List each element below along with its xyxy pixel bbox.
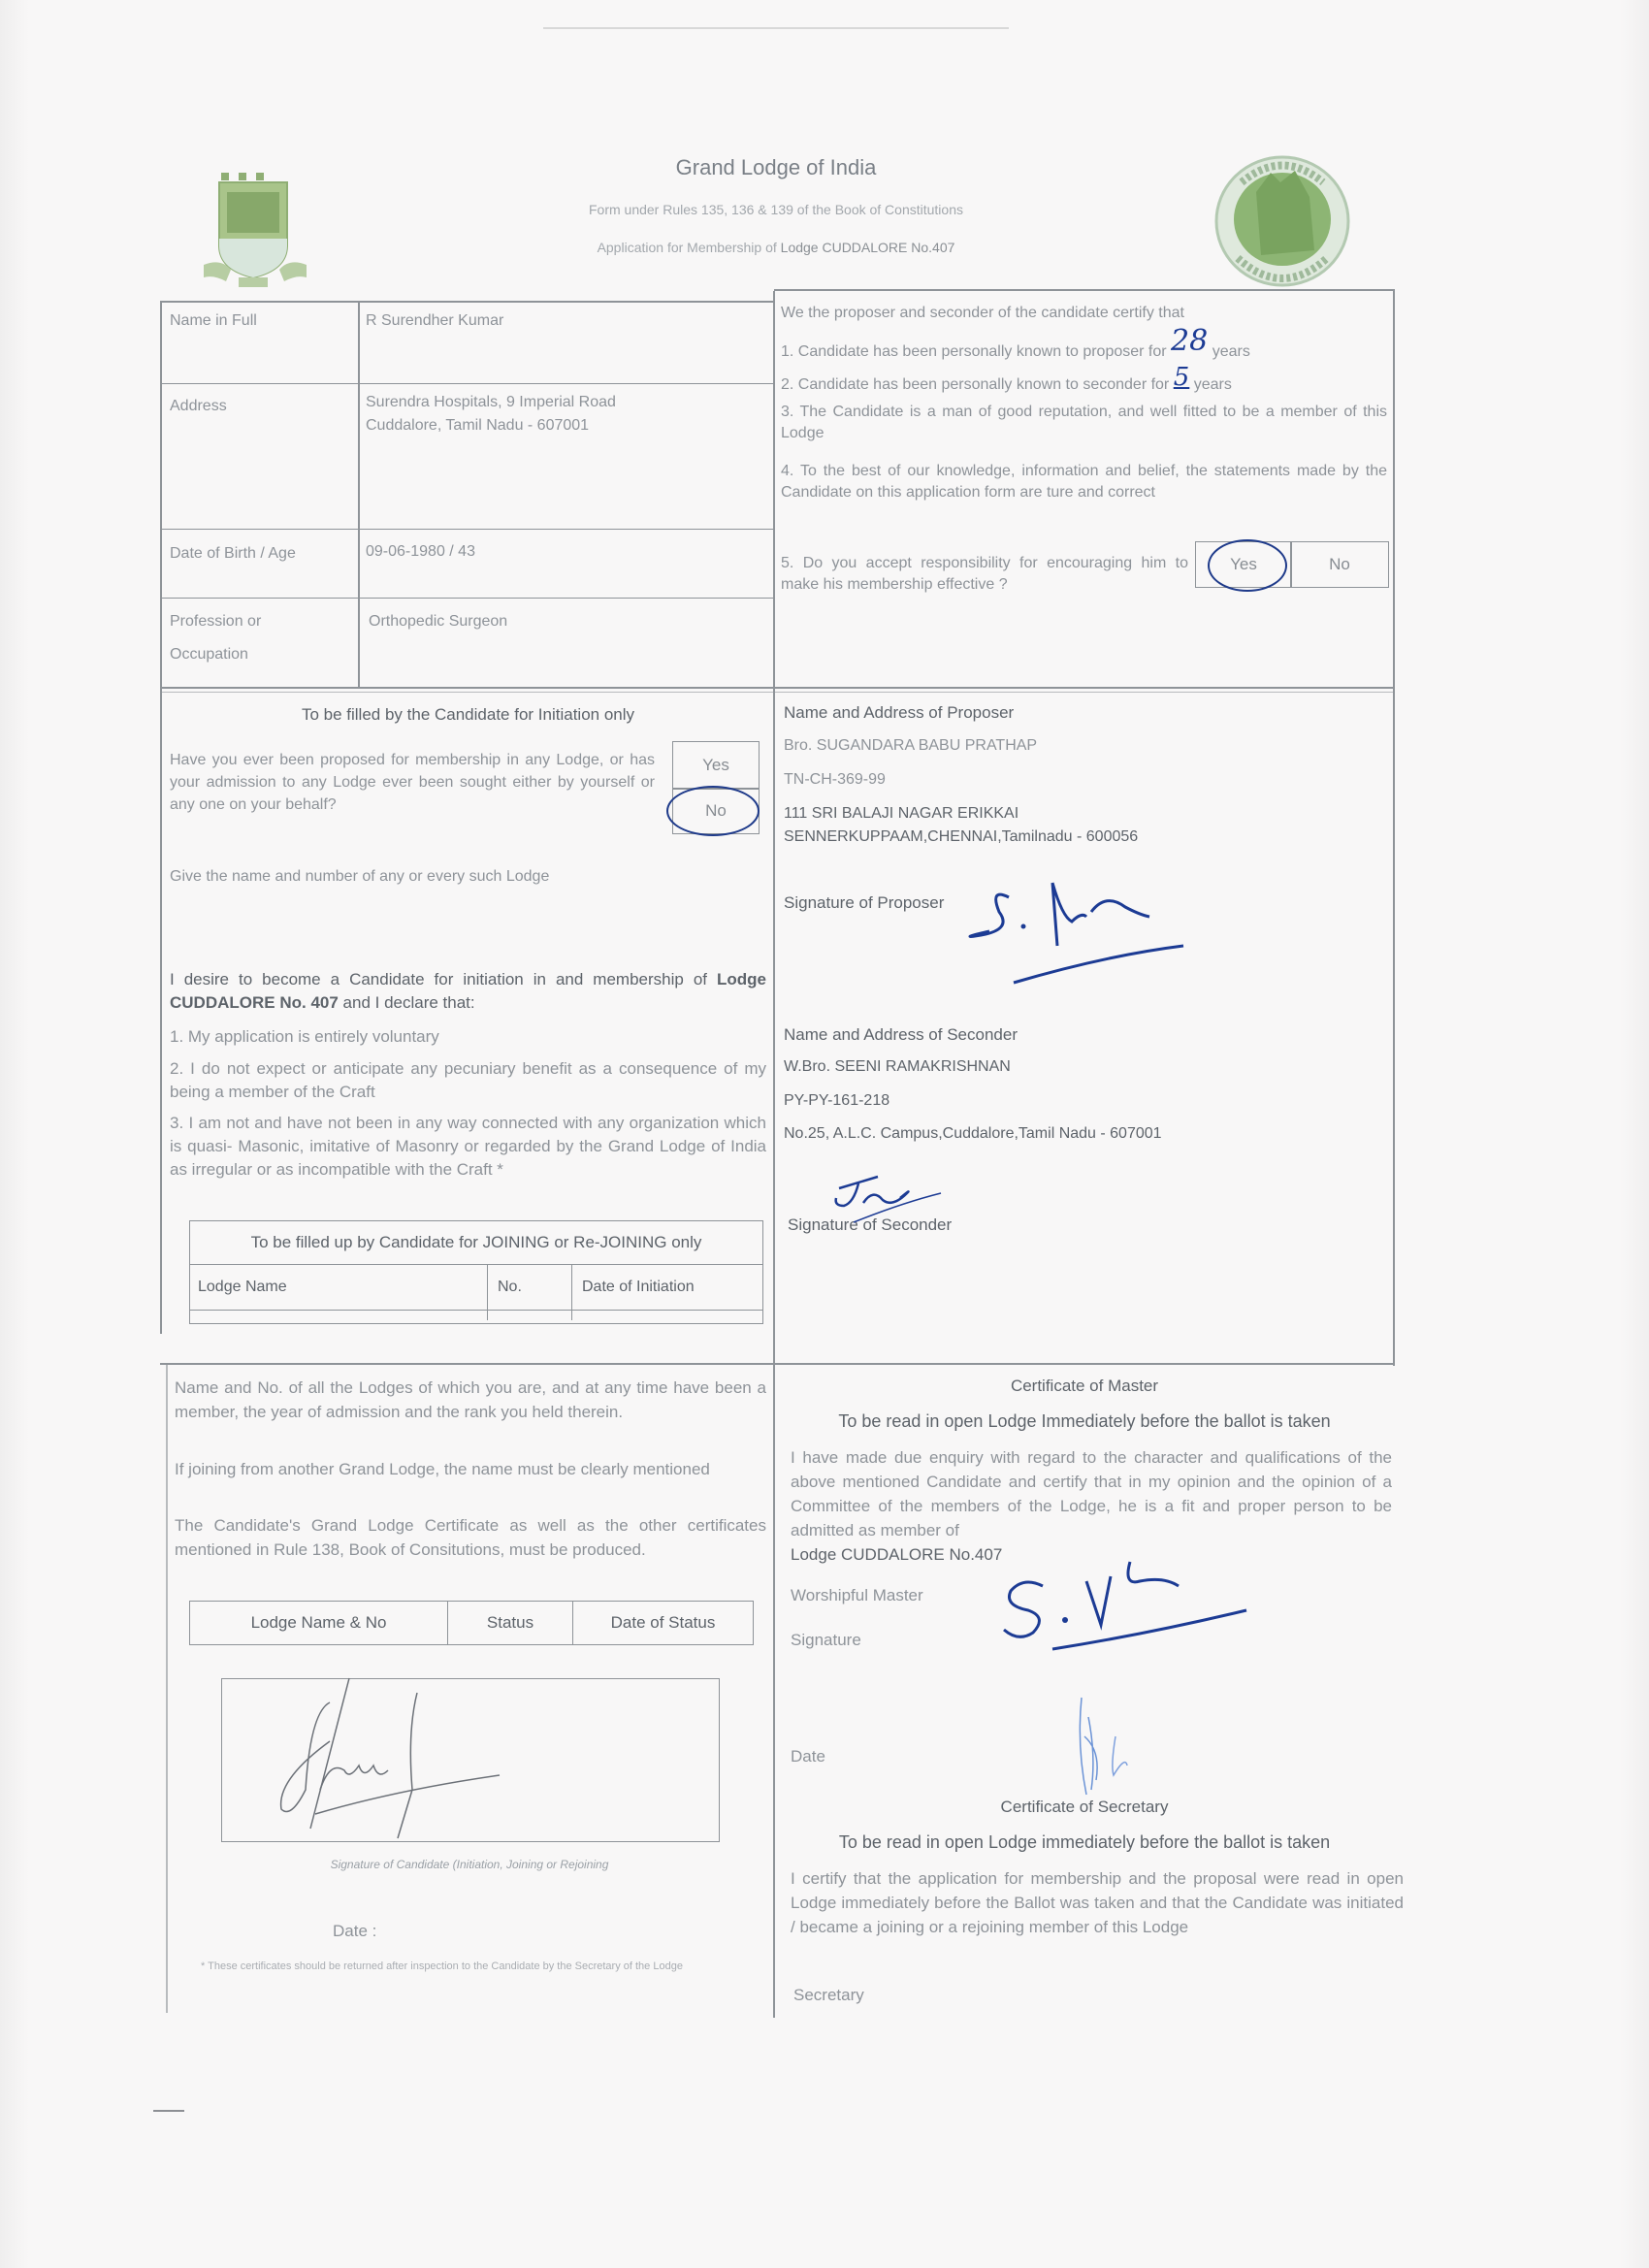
certify-no-option[interactable]: No bbox=[1290, 541, 1389, 588]
row-divider bbox=[160, 529, 773, 530]
item1-text: 1. Candidate has been personally known t… bbox=[781, 343, 1167, 360]
row-divider bbox=[160, 383, 773, 384]
secretary-label: Secretary bbox=[793, 1985, 864, 2006]
lodges-certificate-note: The Candidate's Grand Lodge Certificate … bbox=[175, 1513, 766, 1562]
initiation-heading: To be filled by the Candidate for Initia… bbox=[165, 704, 771, 726]
certify-item-4: 4. To the best of our knowledge, informa… bbox=[781, 461, 1387, 503]
row-divider bbox=[160, 598, 773, 599]
item2-years: years bbox=[1194, 376, 1232, 393]
seconder-name: W.Bro. SEENI RAMAKRISHNAN bbox=[784, 1056, 1011, 1078]
declaration-2: 2. I do not expect or anticipate any pec… bbox=[170, 1057, 766, 1104]
joining-table-row[interactable] bbox=[190, 1311, 762, 1320]
proposer-address-line1: 111 SRI BALAJI NAGAR ERIKKAI bbox=[784, 803, 1018, 825]
proposer-reg-no: TN-CH-369-99 bbox=[784, 769, 886, 791]
regional-grand-lodge-seal-icon bbox=[1203, 153, 1348, 289]
proposer-address-line2: SENNERKUPPAAM,CHENNAI,Tamilnadu - 600056 bbox=[784, 826, 1138, 848]
master-body: I have made due enquiry with regard to t… bbox=[791, 1445, 1392, 1542]
master-signature-label: Signature bbox=[791, 1630, 861, 1651]
table-border bbox=[774, 289, 1393, 291]
secretary-stamp-signature bbox=[1057, 1688, 1174, 1809]
section-divider bbox=[160, 687, 1394, 689]
declaration-tail: and I declare that: bbox=[339, 993, 475, 1012]
joining-table: To be filled up by Candidate for JOINING… bbox=[189, 1220, 763, 1324]
section-divider bbox=[160, 692, 1394, 693]
candidate-signature-caption: Signature of Candidate (Initiation, Join… bbox=[221, 1858, 718, 1871]
lodges-instruction: Name and No. of all the Lodges of which … bbox=[175, 1376, 766, 1424]
give-lodge-name-prompt: Give the name and number of any or every… bbox=[170, 866, 549, 888]
seconder-heading: Name and Address of Seconder bbox=[784, 1024, 1018, 1046]
name-label: Name in Full bbox=[170, 310, 257, 332]
form-subtitle: Form under Rules 135, 136 & 139 of the B… bbox=[388, 202, 1164, 217]
dob-label: Date of Birth / Age bbox=[170, 543, 296, 565]
name-value: R Surendher Kumar bbox=[366, 310, 503, 332]
worshipful-master-label: Worshipful Master bbox=[791, 1585, 923, 1606]
proposer-name: Bro. SUGANDARA BABU PRATHAP bbox=[784, 735, 1037, 757]
certify-item-1: 1. Candidate has been personally known t… bbox=[781, 337, 1387, 363]
certify-item-3: 3. The Candidate is a man of good reputa… bbox=[781, 402, 1387, 444]
initiation-question: Have you ever been proposed for membersh… bbox=[170, 749, 655, 816]
master-signature bbox=[999, 1557, 1271, 1669]
column-lodge-name-no: Lodge Name & No bbox=[190, 1602, 448, 1644]
address-value-line1: Surendra Hospitals, 9 Imperial Road bbox=[366, 392, 616, 413]
item1-years: years bbox=[1212, 343, 1250, 360]
application-lodge: Lodge CUDDALORE No.407 bbox=[781, 240, 955, 255]
page-title: Grand Lodge of India bbox=[388, 155, 1164, 180]
table-border bbox=[166, 1363, 168, 2013]
scan-artifact-mark bbox=[153, 2110, 184, 2112]
profession-label-1: Profession or bbox=[170, 611, 261, 632]
application-prefix: Application for Membership of bbox=[598, 240, 781, 255]
initiation-yes-option[interactable]: Yes bbox=[672, 741, 760, 790]
column-lodge-name: Lodge Name bbox=[190, 1265, 488, 1310]
certify-item-2: 2. Candidate has been personally known t… bbox=[781, 371, 1387, 396]
joining-table-header: Lodge Name No. Date of Initiation bbox=[190, 1265, 762, 1311]
master-heading: Certificate of Master bbox=[776, 1376, 1393, 1397]
cell-no[interactable] bbox=[488, 1311, 572, 1320]
certify-intro: We the proposer and seconder of the cand… bbox=[781, 303, 1184, 324]
item2-text: 2. Candidate has been personally known t… bbox=[781, 376, 1169, 393]
joining-table-title: To be filled up by Candidate for JOINING… bbox=[190, 1221, 762, 1265]
cell-lodge-name[interactable] bbox=[190, 1311, 488, 1320]
seconder-reg-no: PY-PY-161-218 bbox=[784, 1090, 889, 1112]
column-date-of-status: Date of Status bbox=[573, 1602, 753, 1644]
crest-icon bbox=[202, 163, 308, 289]
secretary-heading: Certificate of Secretary bbox=[776, 1797, 1393, 1818]
certify-item-5: 5. Do you accept responsibility for enco… bbox=[781, 553, 1188, 596]
master-subheading: To be read in open Lodge Immediately bef… bbox=[776, 1410, 1393, 1432]
lodges-table: Lodge Name & No Status Date of Status bbox=[189, 1601, 754, 1645]
dob-value: 09-06-1980 / 43 bbox=[366, 541, 475, 563]
table-border bbox=[160, 301, 162, 1334]
secretary-subheading: To be read in open Lodge immediately bef… bbox=[776, 1831, 1393, 1853]
selected-circle-mark bbox=[666, 786, 760, 836]
seconder-address: No.25, A.L.C. Campus,Cuddalore,Tamil Nad… bbox=[784, 1123, 1162, 1145]
address-value-line2: Cuddalore, Tamil Nadu - 607001 bbox=[366, 415, 589, 437]
profession-label-2: Occupation bbox=[170, 644, 248, 665]
table-border bbox=[160, 301, 773, 303]
master-date-label: Date bbox=[791, 1746, 825, 1767]
cell-date[interactable] bbox=[572, 1311, 762, 1320]
candidate-date-label: Date : bbox=[333, 1921, 376, 1942]
proposer-years-value[interactable]: 28 bbox=[1171, 324, 1208, 358]
master-lodge: Lodge CUDDALORE No.407 bbox=[791, 1544, 1002, 1566]
address-label: Address bbox=[170, 396, 227, 417]
section-divider bbox=[160, 1363, 1394, 1365]
seconder-signature bbox=[815, 1169, 951, 1242]
column-date-of-initiation: Date of Initiation bbox=[572, 1265, 762, 1310]
lodges-grand-lodge-note: If joining from another Grand Lodge, the… bbox=[175, 1457, 766, 1481]
table-border bbox=[1393, 289, 1395, 1366]
selected-circle-mark bbox=[1208, 539, 1287, 592]
certificates-footnote: * These certificates should be returned … bbox=[201, 1958, 763, 1975]
scan-artifact-line bbox=[543, 27, 1009, 29]
profession-value: Orthopedic Surgeon bbox=[369, 611, 507, 632]
secretary-body: I certify that the application for membe… bbox=[791, 1866, 1404, 1939]
seconder-years-value[interactable]: 5 bbox=[1174, 363, 1190, 392]
proposer-heading: Name and Address of Proposer bbox=[784, 702, 1014, 724]
proposer-signature-label: Signature of Proposer bbox=[784, 892, 944, 914]
table-border bbox=[358, 301, 360, 689]
application-title: Application for Membership of Lodge CUDD… bbox=[388, 240, 1164, 255]
proposer-signature bbox=[970, 878, 1261, 999]
declaration-1: 1. My application is entirely voluntary bbox=[170, 1026, 439, 1048]
column-no: No. bbox=[488, 1265, 572, 1310]
table-border bbox=[773, 291, 775, 2018]
declaration-3: 3. I am not and have not been in any way… bbox=[170, 1112, 766, 1182]
candidate-signature bbox=[252, 1673, 543, 1863]
declaration-text: I desire to become a Candidate for initi… bbox=[170, 970, 717, 988]
column-status: Status bbox=[448, 1602, 573, 1644]
declaration-intro: I desire to become a Candidate for initi… bbox=[170, 968, 766, 1015]
